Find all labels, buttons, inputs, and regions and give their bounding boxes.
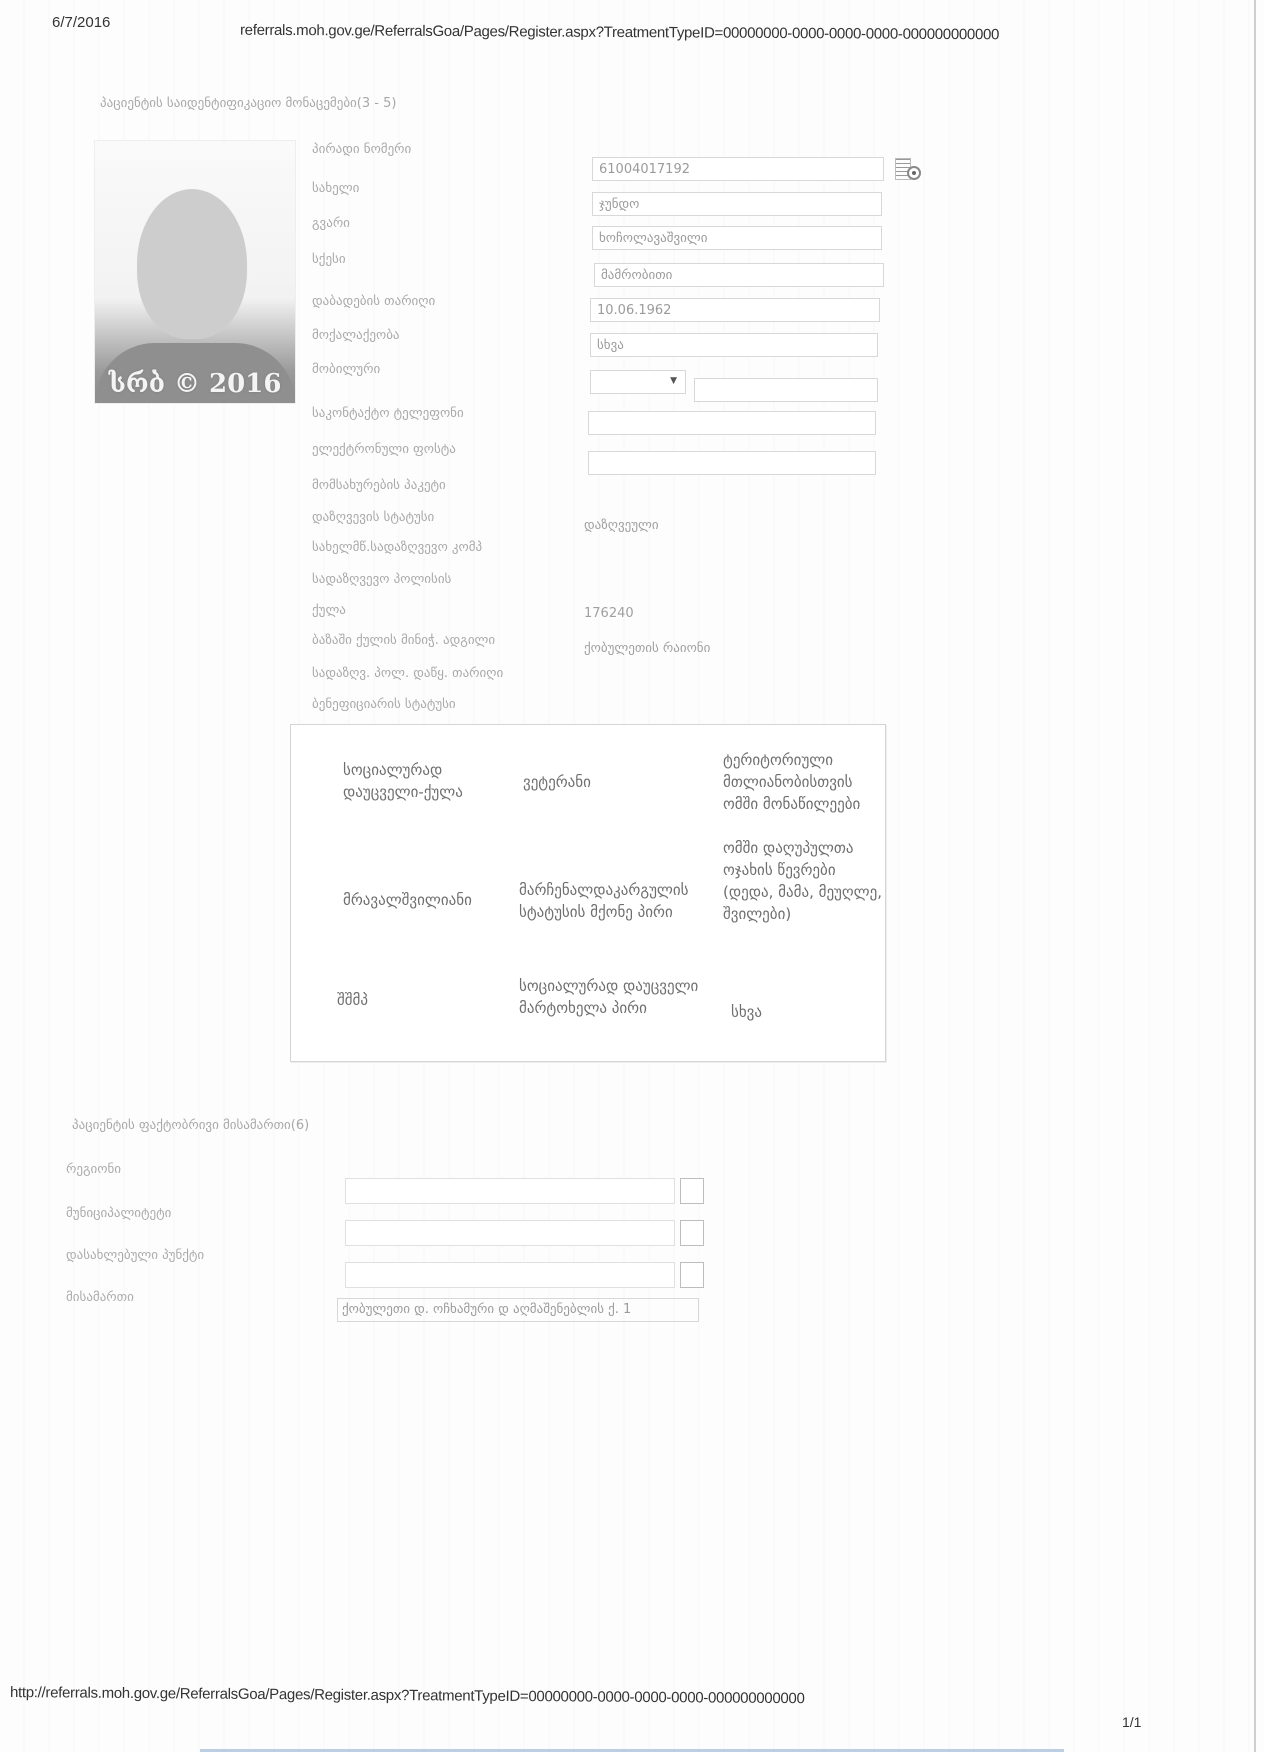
beneficiary-status-label: ბენეფიციარის სტატუსი bbox=[312, 697, 456, 712]
region-picker-button[interactable] bbox=[680, 1178, 704, 1204]
address-input[interactable]: ქობულეთი დ. ოჩხამური დ აღმაშენებლის ქ. 1 bbox=[337, 1298, 699, 1322]
settlement-picker-button[interactable] bbox=[680, 1262, 704, 1288]
service-package-label: მომსახურების პაკეტი bbox=[312, 478, 446, 493]
first-name-label: სახელი bbox=[312, 181, 359, 196]
municipality-label: მუნიციპალიტეტი bbox=[66, 1206, 171, 1221]
address-label: მისამართი bbox=[66, 1290, 134, 1305]
beneficiary-category: ტერიტორიული მთლიანობისთვის ომში მონაწილე… bbox=[723, 749, 883, 815]
settlement-label: დასახლებული პუნქტი bbox=[66, 1248, 204, 1263]
last-name-input[interactable]: ხოჩოლავაშვილი bbox=[592, 226, 882, 250]
photo-face bbox=[137, 189, 247, 339]
first-name-input[interactable]: ჯუნდო bbox=[592, 192, 882, 216]
region-label: რეგიონი bbox=[66, 1162, 121, 1177]
lookup-circle bbox=[907, 166, 921, 180]
birth-date-input[interactable]: 10.06.1962 bbox=[590, 298, 880, 322]
beneficiary-category: სოციალურად დაუცველი-ქულა bbox=[343, 759, 503, 803]
beneficiary-category: სოციალურად დაუცველი მარტოხელა პირი bbox=[519, 975, 709, 1019]
patient-address-title: პაციენტის ფაქტობრივი მისამართი(6) bbox=[72, 1118, 309, 1133]
contact-phone-label: საკონტაქტო ტელეფონი bbox=[312, 406, 464, 421]
gender-label: სქესი bbox=[312, 252, 346, 267]
personal-number-label: პირადი ნომერი bbox=[312, 142, 411, 157]
print-header-url: referrals.moh.gov.ge/ReferralsGoa/Pages/… bbox=[240, 22, 999, 44]
insurance-policy-label: სადაზღვევო პოლისის bbox=[312, 572, 451, 587]
mobile-input[interactable] bbox=[694, 378, 878, 402]
patient-photo: სრბ © 2016 bbox=[94, 140, 296, 404]
beneficiary-category: მარჩენალდაკარგულის სტატუსის მქონე პირი bbox=[519, 879, 709, 923]
beneficiary-categories-table: სოციალურად დაუცველი-ქულა ვეტერანი ტერიტო… bbox=[290, 724, 886, 1062]
score-place-label: ბაზაში ქულის მინიჭ. ადგილი bbox=[312, 633, 495, 648]
beneficiary-category: შშმპ bbox=[337, 989, 497, 1011]
beneficiary-category: ვეტერანი bbox=[523, 771, 683, 793]
lookup-document-icon[interactable] bbox=[895, 158, 925, 182]
beneficiary-category: ომში დაღუპულთა ოჯახის წევრები (დედა, მამ… bbox=[723, 837, 883, 925]
gender-input[interactable]: მამრობითი bbox=[594, 263, 884, 287]
personal-number-input[interactable]: 61004017192 bbox=[592, 157, 884, 181]
beneficiary-category: მრავალშვილიანი bbox=[343, 889, 503, 911]
contact-phone-input[interactable] bbox=[588, 411, 876, 435]
email-label: ელექტრონული ფოსტა bbox=[312, 442, 456, 457]
score-value: 176240 bbox=[584, 606, 634, 621]
settlement-input[interactable] bbox=[345, 1262, 675, 1288]
municipality-input[interactable] bbox=[345, 1220, 675, 1246]
region-input[interactable] bbox=[345, 1178, 675, 1204]
state-insurance-company-label: სახელმწ.სადაზღვევო კომპ bbox=[312, 540, 482, 555]
score-place-value: ქობულეთის რაიონი bbox=[584, 641, 710, 656]
beneficiary-category: სხვა bbox=[731, 1001, 871, 1023]
print-footer-url: http://referrals.moh.gov.ge/ReferralsGoa… bbox=[10, 1684, 805, 1707]
birth-date-label: დაბადების თარიღი bbox=[312, 294, 435, 309]
photo-watermark: სრბ © 2016 bbox=[95, 369, 295, 399]
insurance-status-value: დაზღვეული bbox=[584, 518, 659, 533]
page-edge bbox=[1254, 0, 1256, 1752]
print-date: 6/7/2016 bbox=[52, 14, 110, 31]
mobile-label: მობილური bbox=[312, 362, 380, 377]
page-number: 1/1 bbox=[1122, 1714, 1141, 1730]
last-name-label: გვარი bbox=[312, 216, 350, 231]
chevron-down-icon: ▼ bbox=[670, 376, 677, 386]
insurance-status-label: დაზღვევის სტატუსი bbox=[312, 510, 434, 525]
score-label: ქულა bbox=[312, 603, 346, 618]
municipality-picker-button[interactable] bbox=[680, 1220, 704, 1246]
policy-start-date-label: სადაზღვ. პოლ. დაწყ. თარიღი bbox=[312, 666, 503, 681]
citizenship-input[interactable]: სხვა bbox=[590, 333, 878, 357]
citizenship-label: მოქალაქეობა bbox=[312, 328, 400, 343]
mobile-prefix-select[interactable]: ▼ bbox=[590, 370, 686, 394]
patient-identification-title: პაციენტის საიდენტიფიკაციო მონაცემები(3 -… bbox=[100, 96, 396, 111]
email-input[interactable] bbox=[588, 451, 876, 475]
